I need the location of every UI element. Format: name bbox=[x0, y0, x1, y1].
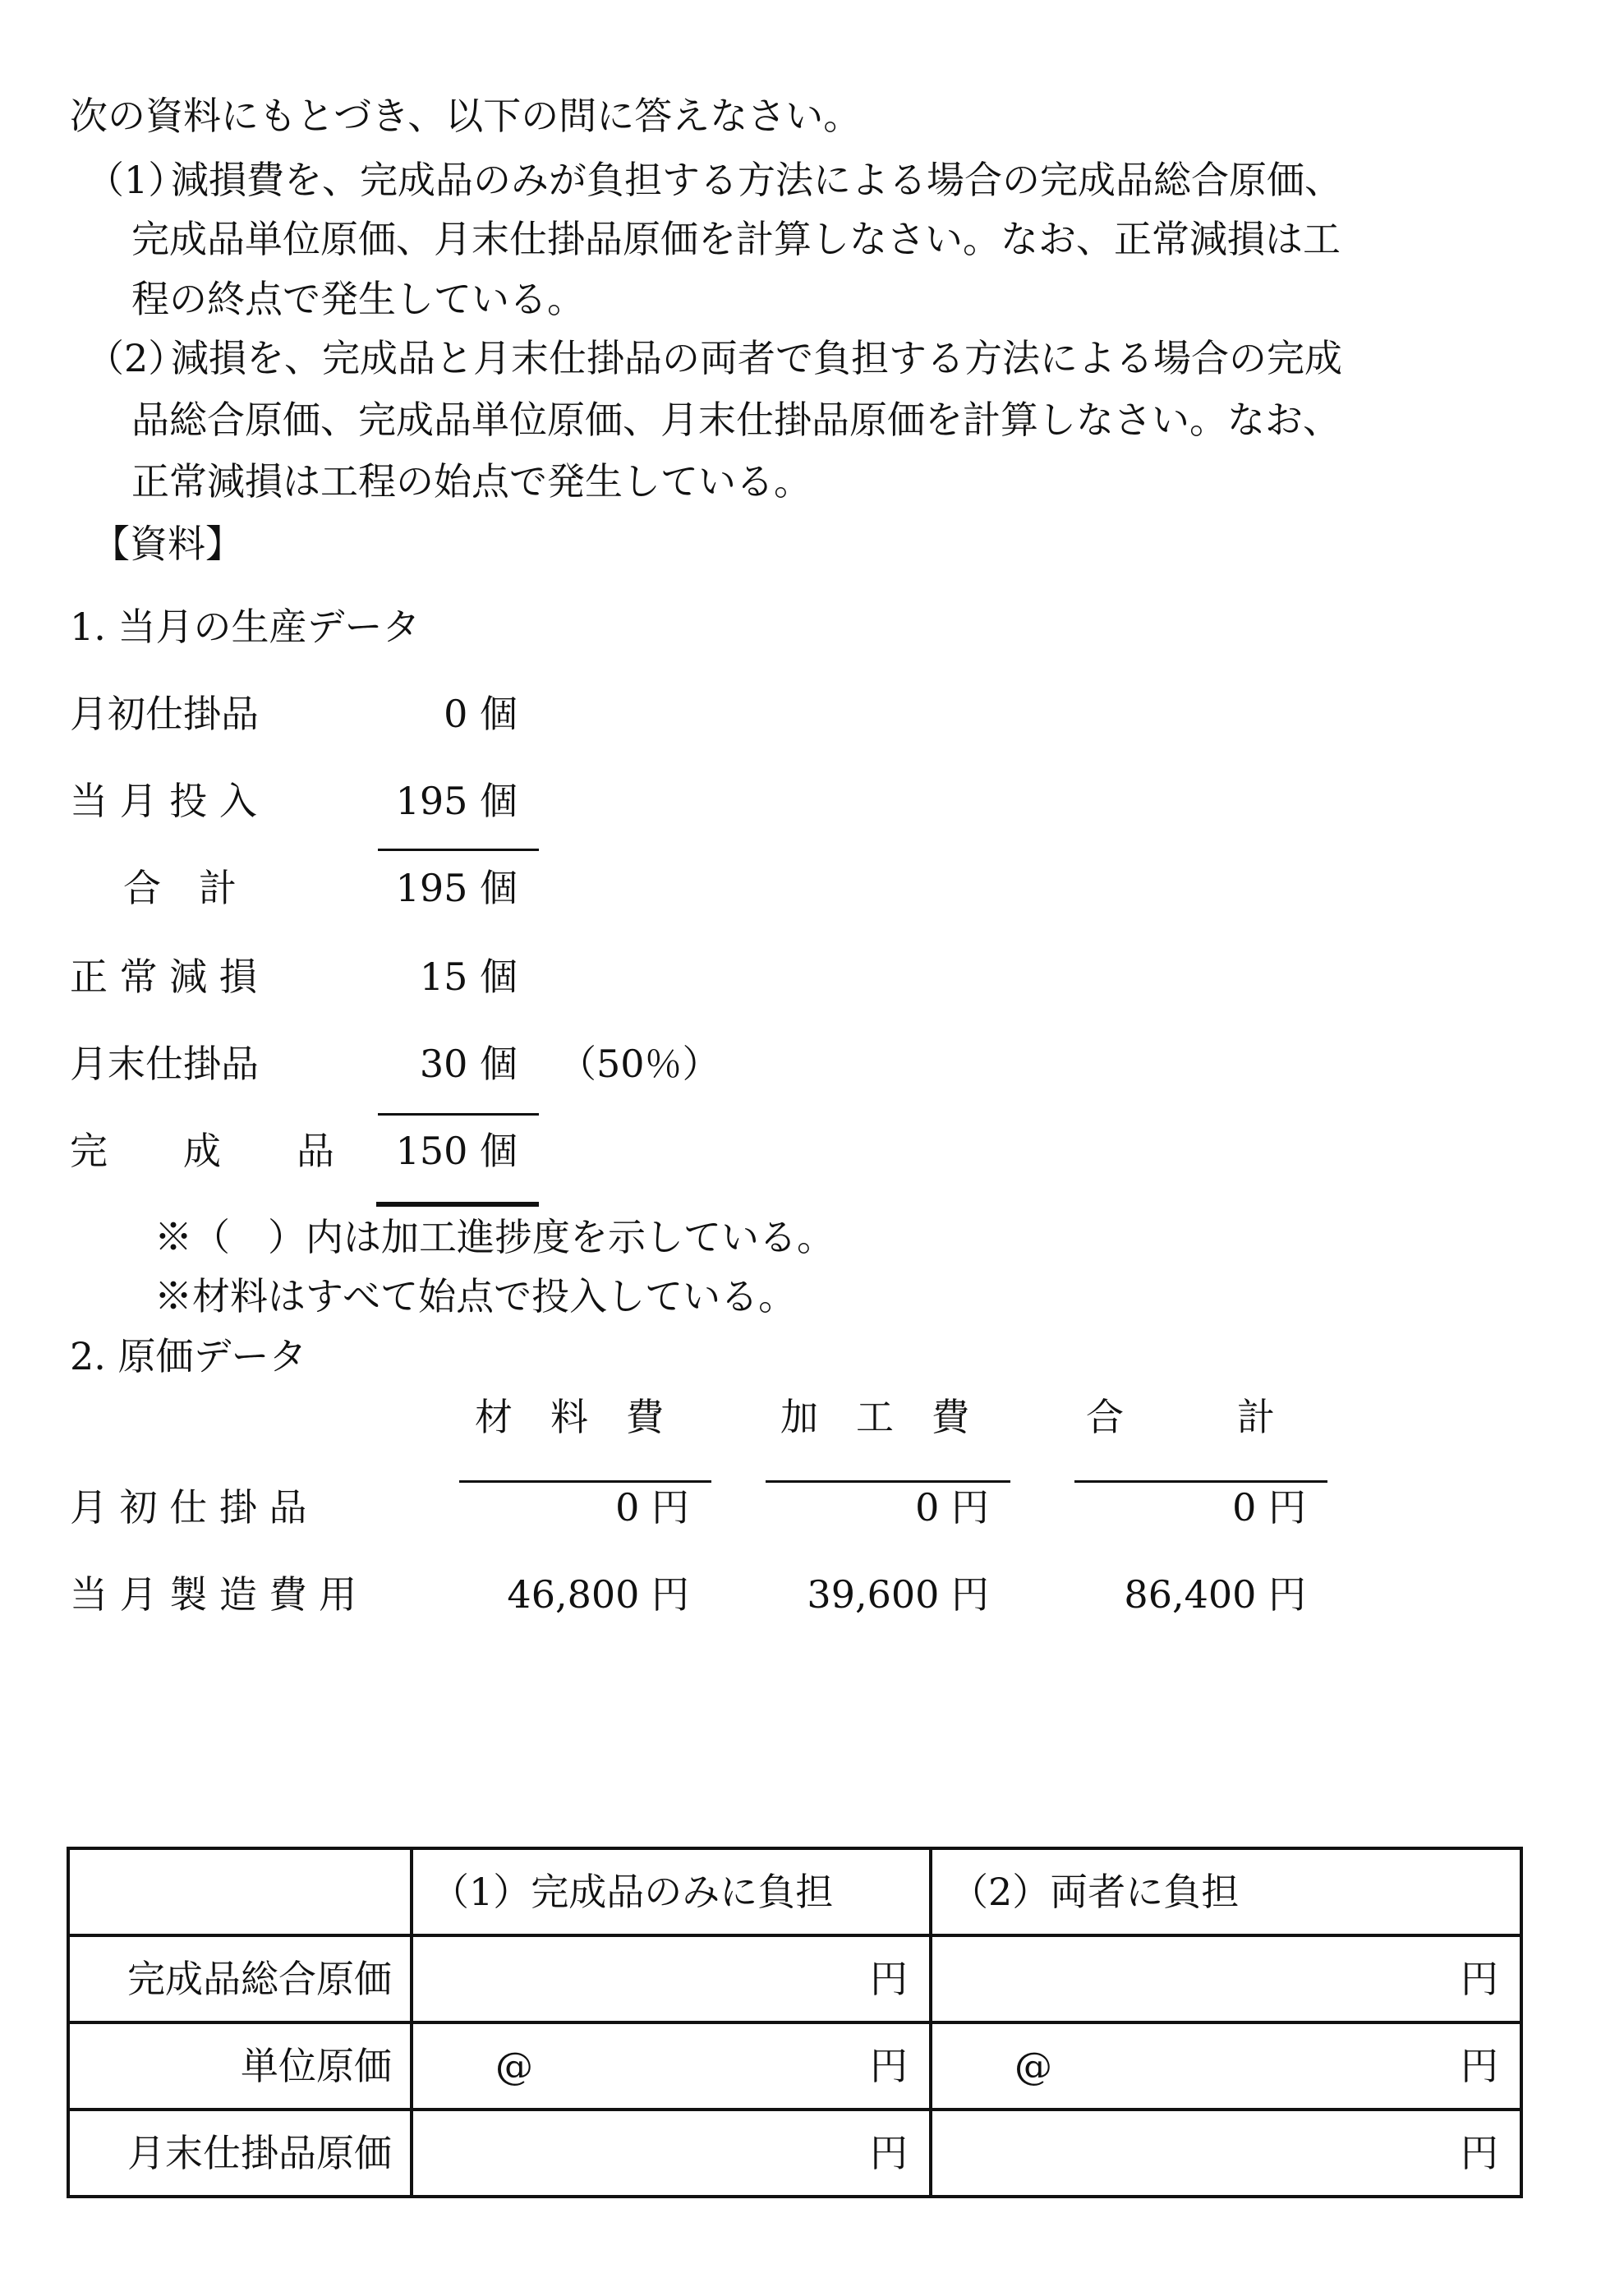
question-1-line-1: 減損費を、完成品のみが負担する方法による場合の完成品総合原価、 bbox=[171, 161, 1342, 199]
production-label-finished: 完 成 品 bbox=[70, 1132, 334, 1170]
answer-row-ending-wip: 月末仕掛品原価 円 円 bbox=[68, 2110, 1521, 2197]
materials-heading: 【資料】 bbox=[92, 525, 243, 563]
question-2-line-1: 減損を、完成品と月末仕掛品の両者で負担する方法による場合の完成 bbox=[171, 339, 1342, 377]
cost-opening-total: 0 円 bbox=[1074, 1488, 1306, 1526]
production-label-total: 合 計 bbox=[123, 869, 237, 907]
question-1-line-3: 程の終点で発生している。 bbox=[131, 280, 585, 318]
answer-header-blank bbox=[68, 1848, 412, 1935]
production-heading: 1. 当月の生産データ bbox=[70, 608, 421, 646]
production-label-input: 当 月 投 入 bbox=[70, 782, 257, 820]
note-materials: ※材料はすべて始点で投入している。 bbox=[154, 1277, 796, 1315]
production-value-ending-wip: 30 個 bbox=[345, 1045, 518, 1083]
cost-heading: 2. 原価データ bbox=[70, 1337, 307, 1375]
answer-label-unit-cost: 単位原価 bbox=[68, 2022, 412, 2110]
production-label-ending-wip: 月末仕掛品 bbox=[70, 1045, 259, 1083]
progress-note: （50％） bbox=[559, 1045, 720, 1083]
question-1-line-2: 完成品単位原価、月末仕掛品原価を計算しなさい。なお、正常減損は工 bbox=[131, 220, 1341, 258]
question-2-line-3: 正常減損は工程の始点で発生している。 bbox=[131, 462, 812, 500]
production-value-finished: 150 個 bbox=[345, 1132, 518, 1170]
cost-col-rule-materials bbox=[459, 1480, 711, 1483]
answer-table: （1）完成品のみに負担 （2）両者に負担 完成品総合原価 円 円 単位原価 @ … bbox=[67, 1847, 1523, 2198]
cost-col-total: 合 計 bbox=[1086, 1398, 1275, 1436]
answer-header-method-1: （1）完成品のみに負担 bbox=[412, 1848, 931, 1935]
answer-cell-finished-total-2[interactable]: 円 bbox=[931, 1935, 1521, 2022]
production-label-normal-spoilage: 正 常 減 損 bbox=[70, 958, 257, 996]
subtotal-rule bbox=[378, 849, 539, 851]
answer-cell-unit-cost-2[interactable]: @ 円 bbox=[931, 2022, 1521, 2110]
answer-cell-ending-wip-1[interactable]: 円 bbox=[412, 2110, 931, 2197]
total-rule bbox=[376, 1202, 539, 1207]
at-sign: @ bbox=[1014, 2047, 1052, 2085]
answer-row-unit-cost: 単位原価 @ 円 @ 円 bbox=[68, 2022, 1521, 2110]
cost-opening-conversion: 0 円 bbox=[766, 1488, 989, 1526]
answer-cell-ending-wip-2[interactable]: 円 bbox=[931, 2110, 1521, 2197]
yen-unit: 円 bbox=[1461, 2047, 1498, 2085]
answer-label-finished-total: 完成品総合原価 bbox=[68, 1935, 412, 2022]
production-value-opening-wip: 0 個 bbox=[345, 695, 518, 733]
yen-unit: 円 bbox=[1461, 1960, 1498, 1998]
at-sign: @ bbox=[495, 2047, 533, 2085]
answer-cell-finished-total-1[interactable]: 円 bbox=[412, 1935, 931, 2022]
intro-text: 次の資料にもとづき、以下の問に答えなさい。 bbox=[70, 97, 861, 135]
cost-col-conversion: 加 工 費 bbox=[780, 1398, 969, 1436]
yen-unit: 円 bbox=[870, 1960, 908, 1998]
cost-col-rule-conversion bbox=[766, 1480, 1010, 1483]
question-2-line-2: 品総合原価、完成品単位原価、月末仕掛品原価を計算しなさい。なお、 bbox=[131, 401, 1341, 439]
yen-unit: 円 bbox=[1461, 2134, 1498, 2172]
yen-unit: 円 bbox=[870, 2134, 908, 2172]
cost-opening-materials: 0 円 bbox=[459, 1488, 689, 1526]
answer-row-finished-total: 完成品総合原価 円 円 bbox=[68, 1935, 1521, 2022]
answer-cell-unit-cost-1[interactable]: @ 円 bbox=[412, 2022, 931, 2110]
cost-current-total: 86,400 円 bbox=[1074, 1576, 1306, 1613]
production-value-normal-spoilage: 15 個 bbox=[345, 958, 518, 996]
cost-current-conversion: 39,600 円 bbox=[766, 1576, 989, 1613]
answer-header-method-2: （2）両者に負担 bbox=[931, 1848, 1521, 1935]
yen-unit: 円 bbox=[870, 2047, 908, 2085]
production-value-input: 195 個 bbox=[345, 782, 518, 820]
subtotal-rule-2 bbox=[378, 1113, 539, 1116]
answer-header-row: （1）完成品のみに負担 （2）両者に負担 bbox=[68, 1848, 1521, 1935]
production-label-opening-wip: 月初仕掛品 bbox=[70, 695, 259, 733]
cost-label-opening-wip: 月 初 仕 掛 品 bbox=[70, 1488, 307, 1526]
note-progress: ※（ ）内は加工進捗度を示している。 bbox=[154, 1218, 835, 1256]
cost-col-rule-total bbox=[1074, 1480, 1327, 1483]
cost-current-materials: 46,800 円 bbox=[459, 1576, 689, 1613]
cost-col-materials: 材 料 費 bbox=[475, 1398, 664, 1436]
cost-label-current: 当 月 製 造 費 用 bbox=[70, 1576, 357, 1613]
production-value-total: 195 個 bbox=[345, 869, 518, 907]
answer-label-ending-wip: 月末仕掛品原価 bbox=[68, 2110, 412, 2197]
